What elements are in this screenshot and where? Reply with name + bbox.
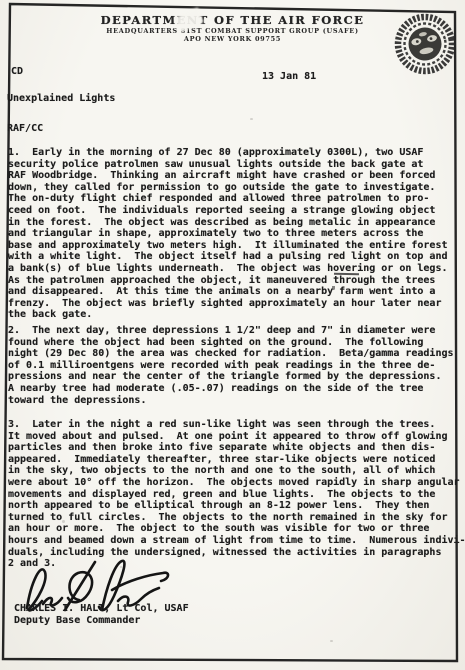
signature-name: CHARLES I. HALT, Lt Col, USAF — [14, 603, 189, 614]
memo-date: 13 Jan 81 — [262, 71, 316, 82]
addressee-line: RAF/CC — [7, 123, 43, 134]
official-seal-stamp-icon — [388, 6, 464, 88]
memo-paragraph-2: 2. The next day, three depressions 1 1/2… — [8, 325, 465, 406]
scanned-memo-page: DEPARTMENT OF THE AIR FORCE HEADQUARTERS… — [0, 0, 465, 670]
memo-paragraph-1: 1. Early in the morning of 27 Dec 80 (ap… — [8, 147, 465, 321]
office-symbol: CD — [11, 66, 23, 77]
signature-title: Deputy Base Commander — [14, 615, 140, 626]
subject-line: Unexplained Lights — [7, 93, 115, 104]
